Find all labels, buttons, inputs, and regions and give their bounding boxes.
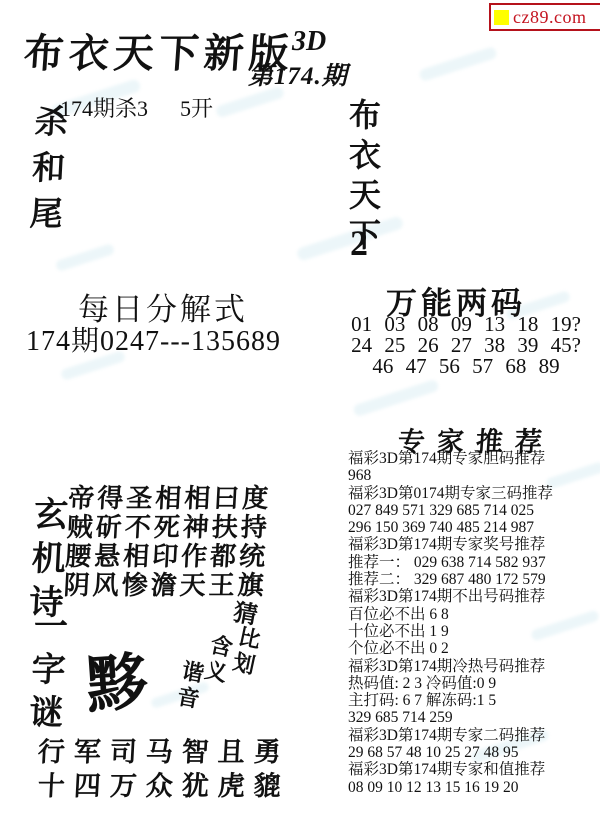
watermark-blob — [55, 243, 115, 272]
expert-line: 福彩3D第174期专家奖号推荐 — [348, 536, 598, 553]
brand-number: 2 — [350, 222, 368, 264]
word-riddle-label: 一字谜 — [17, 608, 73, 737]
kill-digit-text: 174期杀3 — [60, 92, 148, 123]
expert-line: 福彩3D第174期不出号码推荐 — [348, 588, 598, 605]
expert-line: 福彩3D第174期专家和值推荐 — [348, 761, 598, 778]
watermark-blob — [418, 46, 498, 82]
expert-line: 福彩3D第0174期专家三码推荐 — [348, 485, 598, 502]
game-label: 3D — [292, 26, 326, 58]
open-digit-text: 5开 — [180, 92, 213, 123]
expert-line: 296 150 369 740 485 214 987 — [348, 519, 598, 536]
expert-line: 十位必不出 1 9 — [348, 623, 598, 640]
lottery-sheet: { "badge": { "label": "cz89.com", "accen… — [0, 0, 600, 824]
universal-two-grid: 01 03 08 09 13 18 19? 24 25 26 27 38 39 … — [343, 314, 589, 377]
daily-breakdown-formula: 174期0247---135689 — [26, 319, 281, 359]
issue-number: 第174.期 — [248, 56, 348, 92]
expert-line: 968 — [348, 467, 598, 484]
closing-line: 十四万众犹虎貔 — [37, 764, 291, 803]
expert-lines: 福彩3D第174期专家胆码推荐 968 福彩3D第0174期专家三码推荐 027… — [348, 450, 598, 796]
mystery-poem: 帝得圣相相曰度 贼斫不死神扶持 腰悬相印作都统 阴风惨澹天王旗 — [63, 484, 272, 600]
expert-line: 主打码: 6 7 解冻码:1 5 — [348, 692, 598, 709]
expert-line: 29 68 57 48 10 25 27 48 95 — [348, 744, 598, 761]
expert-line: 福彩3D第174期冷热号码推荐 — [348, 658, 598, 675]
riddle-character: 黟 — [83, 632, 151, 725]
universal-two-row: 01 03 08 09 13 18 19? — [343, 314, 589, 335]
poem-line: 腰悬相印作都统 — [64, 542, 269, 571]
expert-line: 329 685 714 259 — [348, 709, 598, 726]
expert-line: 热码值: 2 3 冷码值:0 9 — [348, 675, 598, 692]
site-badge[interactable]: cz89.com — [489, 3, 600, 31]
expert-line: 08 09 10 12 13 15 16 19 20 — [348, 779, 598, 796]
riddle-hint-homophone: 谐音 — [170, 658, 210, 715]
yellow-square-icon — [494, 10, 509, 25]
poem-line: 帝得圣相相曰度 — [68, 484, 273, 513]
expert-line: 027 849 571 329 685 714 025 — [348, 502, 598, 519]
expert-line: 福彩3D第174期专家胆码推荐 — [348, 450, 598, 467]
site-badge-label: cz89.com — [513, 8, 586, 26]
universal-two-row: 24 25 26 27 38 39 45? — [343, 335, 589, 356]
watermark-blob — [352, 379, 439, 418]
expert-line: 推荐一： 029 638 714 582 937 — [348, 554, 598, 571]
expert-line: 推荐二： 329 687 480 172 579 — [348, 571, 598, 588]
poem-line: 贼斫不死神扶持 — [66, 513, 271, 542]
kill-sum-tail-label: 杀和尾 — [18, 104, 72, 242]
expert-line: 个位必不出 0 2 — [348, 640, 598, 657]
expert-line: 福彩3D第174期专家二码推荐 — [348, 727, 598, 744]
universal-two-row: 46 47 56 57 68 89 — [343, 356, 589, 377]
expert-line: 百位必不出 6 8 — [348, 606, 598, 623]
